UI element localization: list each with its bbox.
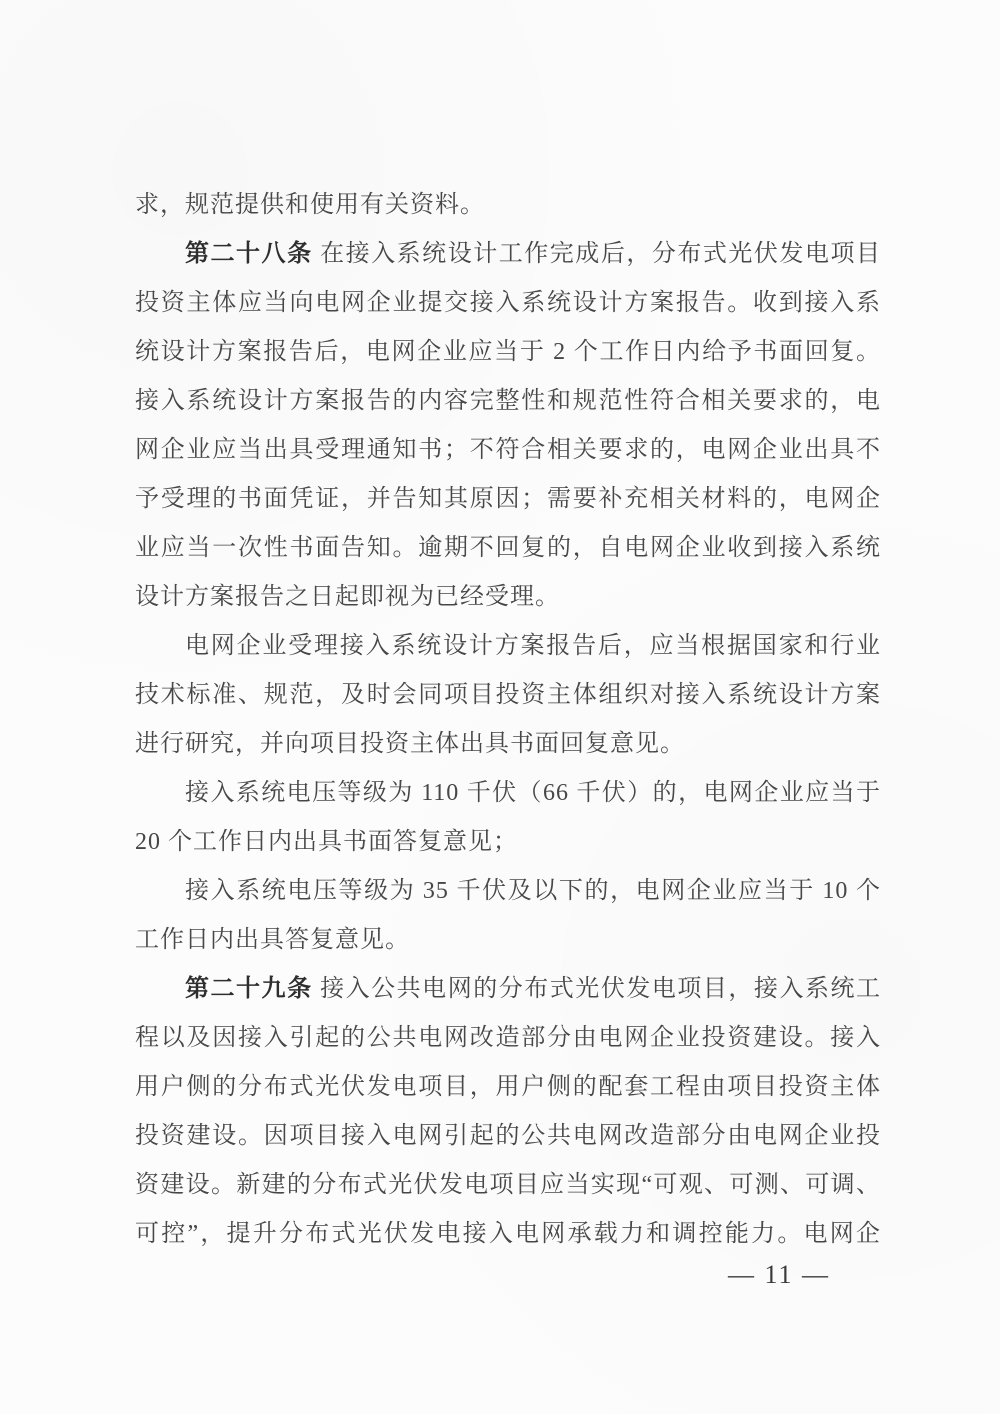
text-run: 接入系统电压等级为 35 千伏及以下的，电网企业应当于 10 个 (185, 878, 881, 904)
text-line: 接入系统设计方案报告的内容完整性和规范性符合相关要求的，电 (135, 377, 881, 426)
text-line: 投资建设。因项目接入电网引起的公共电网改造部分由电网企业投 (135, 1112, 881, 1161)
text-line: 资建设。新建的分布式光伏发电项目应当实现“可观、可测、可调、 (135, 1161, 881, 1210)
text-run: 技术标准、规范，及时会同项目投资主体组织对接入系统设计方案 (135, 682, 881, 708)
text-run: 投资主体应当向电网企业提交接入系统设计方案报告。收到接入系 (135, 290, 881, 316)
text-line: 可控”，提升分布式光伏发电接入电网承载力和调控能力。电网企 (135, 1210, 881, 1259)
text-line: 设计方案报告之日起即视为已经受理。 (135, 573, 881, 622)
text-line: 用户侧的分布式光伏发电项目，用户侧的配套工程由项目投资主体 (135, 1063, 881, 1112)
text-run: 设计方案报告之日起即视为已经受理。 (135, 584, 560, 610)
text-run: 投资建设。因项目接入电网引起的公共电网改造部分由电网企业投 (135, 1123, 881, 1149)
text-line: 接入系统电压等级为 35 千伏及以下的，电网企业应当于 10 个 (135, 867, 881, 916)
text-line: 程以及因接入引起的公共电网改造部分由电网企业投资建设。接入 (135, 1014, 881, 1063)
text-line: 技术标准、规范，及时会同项目投资主体组织对接入系统设计方案 (135, 671, 881, 720)
text-run: 程以及因接入引起的公共电网改造部分由电网企业投资建设。接入 (135, 1025, 881, 1051)
article-number-heading: 第二十八条 (185, 241, 313, 267)
text-run: 求，规范提供和使用有关资料。 (135, 192, 485, 218)
document-page: 求，规范提供和使用有关资料。第二十八条 在接入系统设计工作完成后，分布式光伏发电… (0, 0, 1000, 1414)
text-run: 资建设。新建的分布式光伏发电项目应当实现“可观、可测、可调、 (135, 1172, 881, 1198)
text-line: 进行研究，并向项目投资主体出具书面回复意见。 (135, 720, 881, 769)
text-run: 在接入系统设计工作完成后，分布式光伏发电项目 (313, 241, 881, 267)
text-run: 统设计方案报告后，电网企业应当于 2 个工作日内给予书面回复。 (135, 339, 881, 365)
text-line: 统设计方案报告后，电网企业应当于 2 个工作日内给予书面回复。 (135, 328, 881, 377)
text-line: 工作日内出具答复意见。 (135, 916, 881, 965)
text-line: 求，规范提供和使用有关资料。 (135, 181, 881, 230)
text-line: 网企业应当出具受理通知书；不符合相关要求的，电网企业出具不 (135, 426, 881, 475)
text-line: 第二十九条 接入公共电网的分布式光伏发电项目，接入系统工 (135, 965, 881, 1014)
text-line: 接入系统电压等级为 110 千伏（66 千伏）的，电网企业应当于 (135, 769, 881, 818)
text-line: 予受理的书面凭证，并告知其原因；需要补充相关材料的，电网企 (135, 475, 881, 524)
text-run: 网企业应当出具受理通知书；不符合相关要求的，电网企业出具不 (135, 437, 881, 463)
text-run: 接入公共电网的分布式光伏发电项目，接入系统工 (313, 976, 881, 1002)
text-run: 接入系统设计方案报告的内容完整性和规范性符合相关要求的，电 (135, 388, 881, 414)
text-line: 电网企业受理接入系统设计方案报告后，应当根据国家和行业 (135, 622, 881, 671)
text-run: 20 个工作日内出具书面答复意见； (135, 829, 518, 855)
text-run: 用户侧的分布式光伏发电项目，用户侧的配套工程由项目投资主体 (135, 1074, 881, 1100)
text-run: 电网企业受理接入系统设计方案报告后，应当根据国家和行业 (185, 633, 881, 659)
document-text-block: 求，规范提供和使用有关资料。第二十八条 在接入系统设计工作完成后，分布式光伏发电… (135, 181, 881, 1259)
text-run: 予受理的书面凭证，并告知其原因；需要补充相关材料的，电网企 (135, 486, 881, 512)
text-run: 接入系统电压等级为 110 千伏（66 千伏）的，电网企业应当于 (185, 780, 881, 806)
text-run: 可控”，提升分布式光伏发电接入电网承载力和调控能力。电网企 (135, 1221, 881, 1247)
text-line: 20 个工作日内出具书面答复意见； (135, 818, 881, 867)
text-line: 投资主体应当向电网企业提交接入系统设计方案报告。收到接入系 (135, 279, 881, 328)
text-line: 业应当一次性书面告知。逾期不回复的，自电网企业收到接入系统 (135, 524, 881, 573)
text-line: 第二十八条 在接入系统设计工作完成后，分布式光伏发电项目 (135, 230, 881, 279)
text-run: 业应当一次性书面告知。逾期不回复的，自电网企业收到接入系统 (135, 535, 881, 561)
text-run: 进行研究，并向项目投资主体出具书面回复意见。 (135, 731, 685, 757)
text-run: 工作日内出具答复意见。 (135, 927, 410, 953)
article-number-heading: 第二十九条 (185, 976, 313, 1002)
page-number: — 11 — (728, 1258, 830, 1292)
